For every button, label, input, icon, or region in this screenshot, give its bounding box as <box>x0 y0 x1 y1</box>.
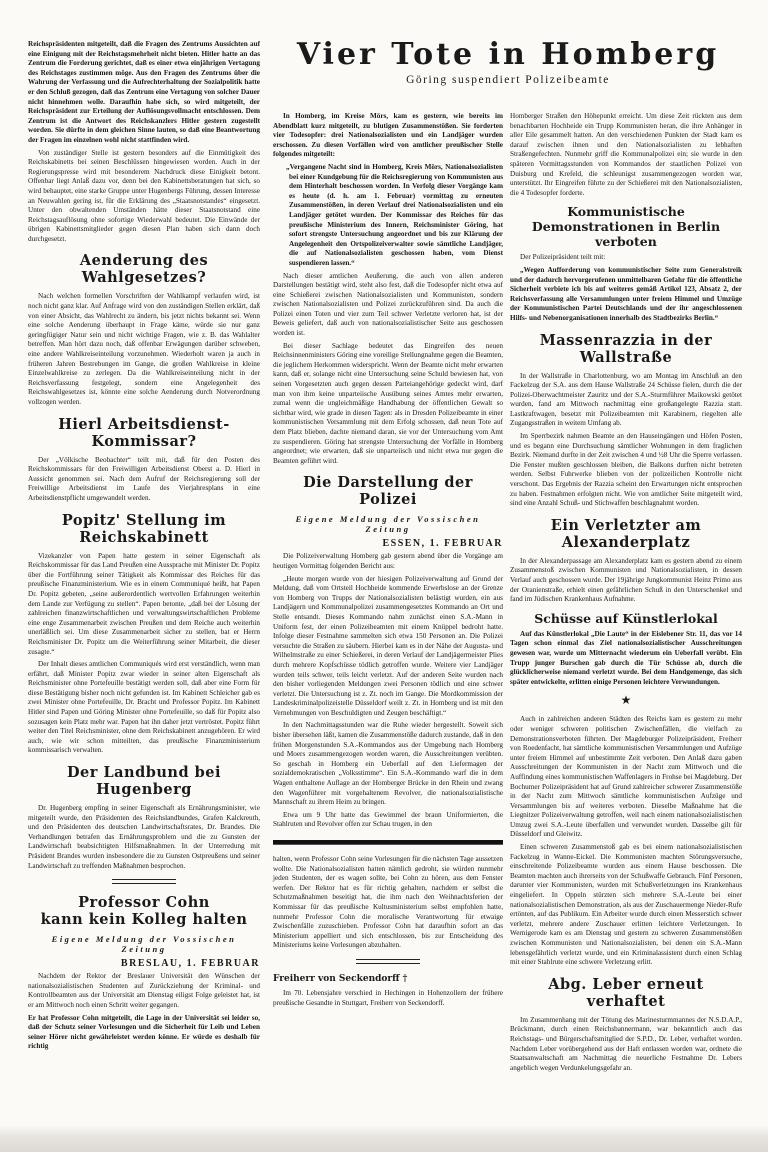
article-heading-kuenstlerlokal: Schüsse auf Künstlerlokal <box>510 611 742 626</box>
article-heading-polizei: Die Darstellung der Polizei <box>273 474 503 508</box>
article-heading-leber: Abg. Leber erneut verhaftet <box>510 976 742 1010</box>
intro-paragraph: Von zuständiger Stelle ist gestern beson… <box>28 149 260 245</box>
article-heading-landbund: Der Landbund bei Hugenberg <box>28 764 260 798</box>
article-paragraph: In den Nachmittagsstunden war die Ruhe w… <box>273 721 503 807</box>
main-headline: Vier Tote in Homberg <box>273 38 743 72</box>
article-paragraph: Die Polizeiverwaltung Homberg gab gester… <box>273 552 503 571</box>
article-paragraph: „Wegen Aufforderung von kommunistischer … <box>510 266 742 324</box>
dateline: ESSEN, 1. FEBRUAR <box>273 538 503 549</box>
article-heading-wallstrasse: Massenrazzia in der Wallstraße <box>510 332 742 366</box>
main-subheadline: Göring suspendiert Polizeibeamte <box>273 74 743 86</box>
column-3: Homberger Straßen den Höhepunkt erreicht… <box>510 112 742 1076</box>
article-paragraph: Auch in zahlreichen anderen Städten des … <box>510 715 742 840</box>
star-separator-icon: ★ <box>510 693 742 707</box>
thick-divider <box>273 840 503 845</box>
article-paragraph: Nach welchen formellen Vorschriften der … <box>28 292 260 407</box>
article-paragraph: Dr. Hugenberg empfing in seiner Eigensch… <box>28 804 260 871</box>
obituary-heading: Freiherr von Seckendorff † <box>273 974 503 985</box>
obituary-paragraph: Im 70. Lebensjahre verschied in Hechinge… <box>273 989 503 1008</box>
article-paragraph: Er hat Professor Cohn mitgeteilt, die La… <box>28 1014 260 1052</box>
intro-paragraph: Reichspräsidenten mitgeteilt, daß die Fr… <box>28 40 260 146</box>
article-paragraph: Im Zusammenhang mit der Tötung des Marin… <box>510 1016 742 1074</box>
article-paragraph: In der Wallstraße in Charlottenburg, wo … <box>510 372 742 430</box>
article-paragraph: Auf das Künstlerlokal „Die Laute“ in der… <box>510 630 742 688</box>
article-paragraph: Nachdem der Rektor der Breslauer Univers… <box>28 972 260 1010</box>
official-quote: „Vergangene Nacht sind in Homberg, Kreis… <box>289 163 503 269</box>
article-paragraph: Der Inhalt dieses amtlichen Communiqués … <box>28 660 260 756</box>
article-paragraph: Der Polizeipräsident teilt mit: <box>510 253 742 263</box>
article-paragraph: Nach dieser amtlichen Aeußerung, die auc… <box>273 272 503 339</box>
article-paragraph: Etwa um 9 Uhr hatte das Gewimmel der bra… <box>273 811 503 830</box>
column-2: In Homberg, im Kreise Mörs, kam es geste… <box>273 112 503 1011</box>
article-paragraph: In der Alexanderpassage am Alexanderplat… <box>510 557 742 605</box>
article-continuation: Homberger Straßen den Höhepunkt erreicht… <box>510 112 742 198</box>
main-headline-block: Vier Tote in Homberg Göring suspendiert … <box>273 38 743 86</box>
lead-paragraph: In Homberg, im Kreise Mörs, kam es geste… <box>273 112 503 160</box>
article-paragraph: „Heute morgen wurde von der hiesigen Pol… <box>273 575 503 719</box>
cohn-continuation: halten, wenn Professor Cohn seine Vorles… <box>273 855 503 951</box>
article-paragraph: Bei dieser Sachlage bedeutet das Eingrei… <box>273 342 503 467</box>
article-paragraph: Einen schweren Zusammenstoß gab es bei e… <box>510 843 742 968</box>
section-divider <box>112 879 176 884</box>
article-paragraph: Vizekanzler von Papen hatte gestern in s… <box>28 552 260 658</box>
article-heading-hierl: Hierl Arbeitsdienst-Kommissar? <box>28 416 260 450</box>
article-heading-popitz: Popitz' Stellung im Reichskabinett <box>28 512 260 546</box>
article-heading-demonstrationen: Kommunistische Demonstrationen in Berlin… <box>510 204 742 249</box>
page-bottom-edge <box>0 1125 768 1152</box>
article-heading-cohn-line2: kann kein Kolleg halten <box>28 911 260 928</box>
byline: Eigene Meldung der Vossischen Zeitung <box>28 934 260 954</box>
article-heading-cohn-line1: Professor Cohn <box>28 894 260 911</box>
section-divider <box>356 959 420 964</box>
article-paragraph: Im Sperrbezirk nahmen Beamte an den Haus… <box>510 432 742 509</box>
article-heading-wahlgesetz: Aenderung des Wahlgesetzes? <box>28 252 260 286</box>
article-paragraph: Der „Völkische Beobachter“ teilt mit, da… <box>28 456 260 504</box>
byline: Eigene Meldung der Vossischen Zeitung <box>273 514 503 534</box>
article-heading-alexanderplatz: Ein Verletzter am Alexanderplatz <box>510 517 742 551</box>
dateline: BRESLAU, 1. FEBRUAR <box>28 958 260 969</box>
column-1: Reichspräsidenten mitgeteilt, daß die Fr… <box>28 40 260 1055</box>
newspaper-page: Vier Tote in Homberg Göring suspendiert … <box>0 0 768 1152</box>
